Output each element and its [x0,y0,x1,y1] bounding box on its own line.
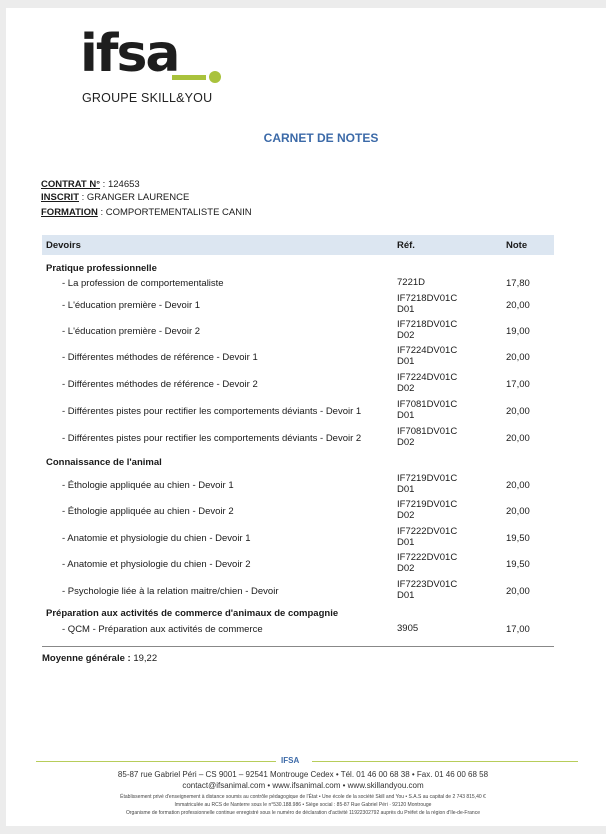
assignment-label: - QCM - Préparation aux activités de com… [62,624,263,635]
assignment-ref: IF7224DV01CD02 [397,373,459,394]
logo-accent-dot [209,71,221,83]
assignment-label: - La profession de comportementaliste [62,278,224,289]
enrolled-row: INSCRIT : GRANGER LAURENCE [41,191,252,205]
assignment-note: 20,00 [506,352,530,363]
assignment-ref: 7221D [397,278,459,289]
assignment-note: 17,00 [506,379,530,390]
training-value: : COMPORTEMENTALISTE CANIN [98,207,252,218]
assignment-ref: IF7081DV01CD02 [397,427,459,448]
assignment-ref: IF7218DV01CD01 [397,294,459,315]
logo-tagline: GROUPE SKILL&YOU [82,91,212,105]
assignment-label: - Différentes pistes pour rectifier les … [62,406,361,417]
assignment-label: - L'éducation première - Devoir 1 [62,300,200,311]
section-heading: Préparation aux activités de commerce d'… [46,608,338,619]
header-devoirs: Devoirs [46,240,81,251]
header-note: Note [506,240,527,251]
assignment-label: - L'éducation première - Devoir 2 [62,326,200,337]
footer-legal-3: Organisme de formation professionnelle c… [0,810,606,816]
assignment-label: - Anatomie et physiologie du chien - Dev… [62,533,251,544]
average-label: Moyenne générale : [42,653,131,664]
assignment-note: 17,00 [506,624,530,635]
assignment-ref: 3905 [397,624,459,635]
assignment-label: - Éthologie appliquée au chien - Devoir … [62,506,234,517]
divider [42,646,554,647]
assignment-ref: IF7224DV01CD01 [397,346,459,367]
footer-legal-1: Établissement privé d'enseignement à dis… [0,794,606,800]
assignment-label: - Différentes méthodes de référence - De… [62,352,258,363]
assignment-ref: IF7222DV01CD01 [397,527,459,548]
training-row: FORMATION : COMPORTEMENTALISTE CANIN [41,206,252,220]
logo-wordmark: ifsa [80,28,179,80]
footer-rule-left [36,761,276,762]
enrolled-label: INSCRIT [41,192,79,203]
footer-brand: IFSA [281,756,299,765]
assignment-note: 20,00 [506,480,530,491]
assignment-label: - Éthologie appliquée au chien - Devoir … [62,480,234,491]
footer-contact: contact@ifsanimal.com • www.ifsanimal.co… [0,781,606,790]
assignment-note: 20,00 [506,406,530,417]
assignment-note: 20,00 [506,300,530,311]
overall-average: Moyenne générale : 19,22 [42,653,157,664]
assignment-ref: IF7219DV01CD02 [397,500,459,521]
assignment-note: 20,00 [506,506,530,517]
assignment-label: - Différentes pistes pour rectifier les … [62,433,361,444]
assignment-note: 17,80 [506,278,530,289]
header-ref: Réf. [397,240,415,251]
contract-row: CONTRAT N° : 124653 [41,178,252,192]
assignment-note: 19,50 [506,533,530,544]
assignment-ref: IF7222DV01CD02 [397,553,459,574]
assignment-label: - Psychologie liée à la relation maitre/… [62,586,279,597]
average-value: 19,22 [131,653,157,664]
assignment-ref: IF7223DV01CD01 [397,580,459,601]
assignment-ref: IF7218DV01CD02 [397,320,459,341]
assignment-label: - Anatomie et physiologie du chien - Dev… [62,559,251,570]
page-title: CARNET DE NOTES [0,131,606,145]
grades-table-header: Devoirs Réf. Note [42,235,554,255]
contract-value: : 124653 [100,179,140,190]
training-label: FORMATION [41,207,98,218]
footer-address: 85-87 rue Gabriel Péri – CS 9001 – 92541… [0,770,606,779]
footer-rule-right [312,761,578,762]
enrolled-value: : GRANGER LAURENCE [79,192,189,203]
footer-legal-2: Immatriculée au RCS de Nanterre sous le … [0,802,606,808]
section-heading: Connaissance de l'animal [46,457,162,468]
student-info: CONTRAT N° : 124653 INSCRIT : GRANGER LA… [41,178,252,220]
assignment-note: 20,00 [506,586,530,597]
assignment-note: 20,00 [506,433,530,444]
assignment-note: 19,50 [506,559,530,570]
contract-label: CONTRAT N° [41,179,100,190]
assignment-note: 19,00 [506,326,530,337]
logo-accent-bar [172,75,206,80]
assignment-ref: IF7081DV01CD01 [397,400,459,421]
assignment-label: - Différentes méthodes de référence - De… [62,379,258,390]
section-heading: Pratique professionnelle [46,263,157,274]
assignment-ref: IF7219DV01CD01 [397,474,459,495]
ifsa-logo: ifsa GROUPE SKILL&YOU [80,28,240,108]
